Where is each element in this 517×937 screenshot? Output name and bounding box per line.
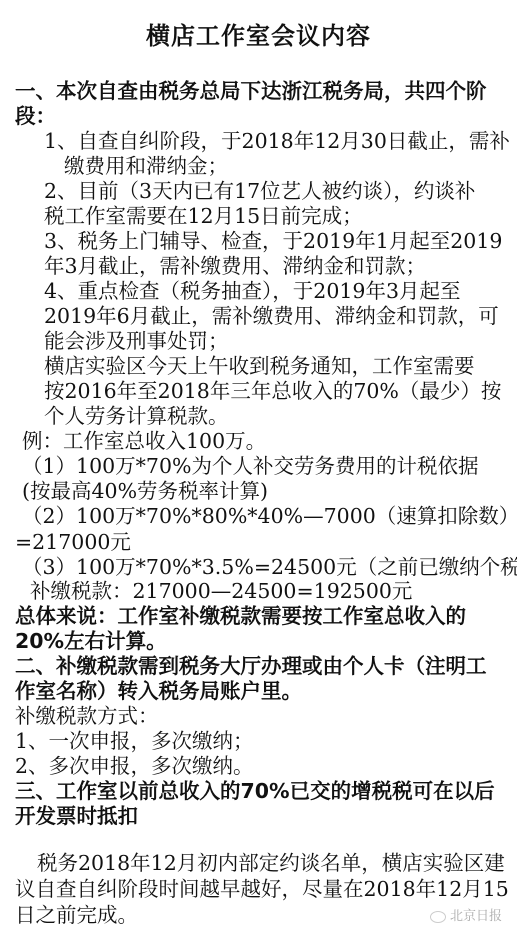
text-line: 补缴税款方式： — [15, 703, 159, 729]
text-line: 例：工作室总收入100万。 — [22, 428, 266, 454]
text-line: 4、重点检查（税务抽查），于2019年3月起至 — [44, 278, 461, 304]
watermark-text: 北京日报 — [450, 909, 502, 924]
text-line: 3、税务上门辅导、检查，于2019年1月起至2019 — [44, 228, 502, 254]
text-line: （1）100万*70%为个人补交劳务费用的计税依据 — [22, 453, 478, 479]
wechat-icon — [430, 911, 446, 923]
text-line: 段： — [15, 103, 56, 129]
text-line: 横店实验区今天上午收到税务通知，工作室需要 — [44, 353, 475, 379]
text-line: 税工作室需要在12月15日前完成； — [44, 203, 363, 229]
text-line: 2、多次申报，多次缴纳。 — [15, 753, 254, 779]
text-line: 2、目前（3天内已有17位艺人被约谈），约谈补 — [44, 178, 475, 204]
text-line: （3）100万*70%*3.5%=24500元（之前已缴纳个税） — [22, 554, 517, 580]
text-line: =217000元 — [15, 529, 131, 555]
text-line: 能会涉及刑事处罚； — [44, 328, 229, 354]
watermark: 北京日报 — [430, 905, 502, 924]
text-line: 1、自查自纠阶段，于2018年12月30日截止，需补 — [44, 128, 510, 154]
text-line: 作室名称）转入税务局账户里。 — [15, 678, 302, 704]
text-line: 开发票时抵扣 — [15, 803, 138, 829]
text-line: 个人劳务计算税款。 — [44, 403, 229, 429]
text-line: 按2016年至2018年三年总收入的70%（最少）按 — [44, 378, 501, 404]
text-line: (按最高40%劳务税率计算) — [22, 478, 268, 504]
text-line: （2）100万*70%*80%*40%—7000（速算扣除数） — [22, 503, 517, 529]
text-line: 税务2018年12月初内部定约谈名单，横店实验区建 — [37, 850, 505, 876]
text-line: 20%左右计算。 — [15, 628, 167, 654]
text-line: 2019年6月截止，需补缴费用、滞纳金和罚款，可 — [44, 303, 499, 329]
document-title: 横店工作室会议内容 — [0, 16, 517, 51]
text-line: 总体来说：工作室补缴税款需要按工作室总收入的 — [15, 603, 466, 629]
text-line: 日之前完成。 — [15, 902, 138, 928]
text-line: 议自查自纠阶段时间越早越好，尽量在2018年12月15 — [15, 876, 509, 902]
text-line: 二、补缴税款需到税务大厅办理或由个人卡（注明工 — [15, 653, 487, 679]
text-line: 三、工作室以前总收入的70%已交的增税税可在以后 — [15, 778, 495, 804]
text-line: 年3月截止，需补缴费用、滞纳金和罚款； — [44, 253, 426, 279]
text-line: 缴费用和滞纳金； — [64, 153, 228, 179]
text-line: 一、本次自查由税务总局下达浙江税务局，共四个阶 — [15, 78, 487, 104]
text-line: 补缴税款：217000—24500=192500元 — [30, 578, 412, 604]
text-line: 1、一次申报，多次缴纳； — [15, 728, 254, 754]
